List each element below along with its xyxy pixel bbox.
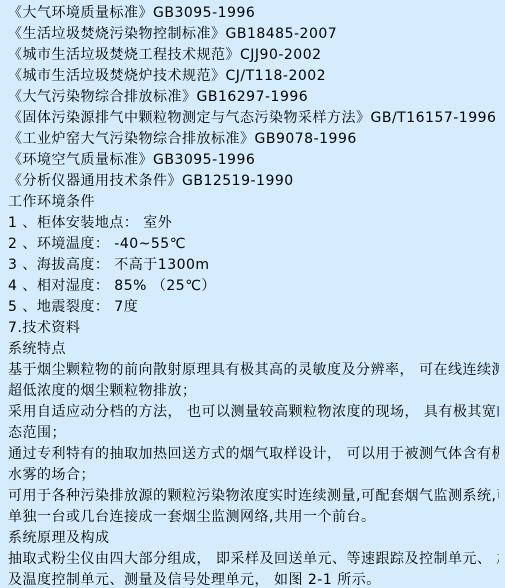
text-line: 系统原理及构成 bbox=[8, 528, 499, 549]
text-line: 3 、海拔高度： 不高于1300m bbox=[8, 255, 499, 276]
text-line: 抽取式粉尘仪由四大部分组成， 即采样及回送单元、等速跟踪及控制单元、 加热 bbox=[8, 549, 499, 570]
text-line: 4 、相对湿度： 85% （25℃） bbox=[8, 276, 499, 297]
text-line: 通过专利特有的抽取加热回送方式的烟气取样设计， 可以用于被测气体含有极高 bbox=[8, 444, 499, 465]
text-line: 超低浓度的烟尘颗粒物排放； bbox=[8, 381, 499, 402]
text-line: 系统特点 bbox=[8, 339, 499, 360]
text-line: 《生活垃圾焚烧污染物控制标准》GB18485-2007 bbox=[8, 24, 499, 45]
text-line: 《分析仪器通用技术条件》GB12519-1990 bbox=[8, 171, 499, 192]
text-line: 《固体污染源排气中颗粒物测定与气态污染物采样方法》GB/T16157-1996 bbox=[8, 108, 499, 129]
text-line: 单独一台或几台连接成一套烟尘监测网络,共用一个前台。 bbox=[8, 507, 499, 528]
text-line: 《城市生活垃圾焚烧炉技术规范》CJ/T118-2002 bbox=[8, 66, 499, 87]
text-line: 水雾的场合； bbox=[8, 465, 499, 486]
text-line: 工作环境条件 bbox=[8, 192, 499, 213]
text-line: 基于烟尘颗粒物的前向散射原理具有极其高的灵敏度及分辨率， 可在线连续测量 bbox=[8, 360, 499, 381]
text-line: 7.技术资料 bbox=[8, 318, 499, 339]
text-line: 1 、柜体安装地点： 室外 bbox=[8, 213, 499, 234]
text-line: 及温度控制单元、测量及信号处理单元， 如图 2-1 所示。 bbox=[8, 570, 499, 588]
text-line: 《工业炉窑大气污染物综合排放标准》GB9078-1996 bbox=[8, 129, 499, 150]
document-page: 《大气环境质量标准》GB3095-1996《生活垃圾焚烧污染物控制标准》GB18… bbox=[0, 0, 505, 588]
text-line: 可用于各种污染排放源的颗粒污染物浓度实时连续测量,可配套烟气监测系统,可 bbox=[8, 486, 499, 507]
text-line: 《城市生活垃圾焚烧工程技术规范》CJJ90-2002 bbox=[8, 45, 499, 66]
text-line: 采用自适应动分档的方法， 也可以测量较高颗粒物浓度的现场， 具有极其宽的动 bbox=[8, 402, 499, 423]
text-line: 态范围； bbox=[8, 423, 499, 444]
text-line: 《大气污染物综合排放标准》GB16297-1996 bbox=[8, 87, 499, 108]
text-line: 2 、环境温度： -40~55℃ bbox=[8, 234, 499, 255]
text-line: 《环境空气质量标准》GB3095-1996 bbox=[8, 150, 499, 171]
text-line: 《大气环境质量标准》GB3095-1996 bbox=[8, 3, 499, 24]
text-line: 5 、地震裂度： 7度 bbox=[8, 297, 499, 318]
